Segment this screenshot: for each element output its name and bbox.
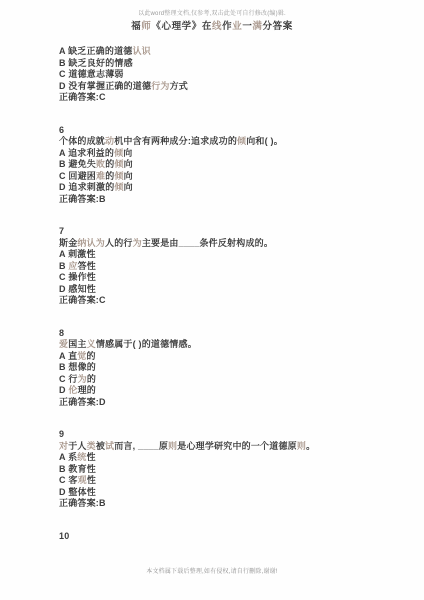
text-segment: A 刺激性 [59,249,96,259]
text-segment: C 操作性 [59,272,96,282]
question-number: 8 [59,328,414,340]
option-line: D 感知性 [59,284,414,296]
light-text-segment: 为 [78,374,87,384]
light-text-segment: 应 [68,261,77,271]
option-line: A 缺乏正确的道德认识 [59,46,414,58]
text-segment: 机中含有两种成分:追求成功的 [114,136,237,146]
question-block: 7斯金纳认为人的行为主要是由____条件反射构成的。A 刺激性B 应答性C 操作… [59,226,414,307]
question-number: 10 [59,531,414,543]
answer-line: 正确答案:D [59,397,414,409]
text-segment: 情感属于( )的道德情感。 [96,339,197,349]
option-line: C 道德意志薄弱 [59,69,414,81]
text-segment: 性 [87,475,96,485]
text-segment: A 缺乏正确的道德 [59,46,132,56]
document-page: 以此word整理文档,仅参考,双击此处可自行修改(编)辑. 福师《心理学》在线作… [0,0,424,600]
question-number: 9 [59,429,414,441]
text-segment: A 系 [59,452,77,462]
question-list: A 缺乏正确的道德认识B 缺乏良好的情感C 道德意志薄弱D 没有掌握正确的道德行… [59,46,414,563]
answer-line: 正确答案:C [59,92,414,104]
text-segment: B 教育性 [59,464,96,474]
option-line: C 操作性 [59,272,414,284]
question-text: 斯金纳认为人的行为主要是由____条件反射构成的。 [59,238,414,250]
text-segment: D 整体性 [59,487,96,497]
option-line: B 缺乏良好的情感 [59,58,414,70]
answer-line: 正确答案:B [59,498,414,510]
light-text-segment: 行为 [151,81,169,91]
text-segment: 向 [124,182,133,192]
text-segment: 的 [87,374,96,384]
text-segment: D 感知性 [59,284,96,294]
text-segment: 分答案 [263,21,293,32]
text-segment: 作 [222,21,232,32]
light-text-segment: 观 [78,475,87,485]
footer-note: 本文档属下载后整理,如有侵权,请自行删除,谢谢! [0,569,424,576]
option-line: A 直觉的 [59,351,414,363]
question-block: 8爱国主义情感属于( )的道德情感。A 直觉的B 想像的C 行为的D 伦理的正确… [59,328,414,409]
light-text-segment: 倾 [114,182,123,192]
text-segment: 向 [123,148,132,158]
light-text-segment: 倾 [114,148,123,158]
text-segment: 于人 [68,441,86,451]
doc-title: 福师《心理学》在线作业一满分答案 [0,21,424,33]
text-segment: 性 [86,452,95,462]
text-segment: 向 [124,171,133,181]
option-line: D 伦理的 [59,385,414,397]
text-segment: C 道德意志薄弱 [59,69,124,79]
question-block: 9对于人类被试而言, ____原则是心理学研究中的一个道德原则。A 系统性B 教… [59,429,414,510]
light-text-segment: 为 [133,238,142,248]
text-segment: 。 [306,441,315,451]
light-text-segment: 倾 [114,171,123,181]
question-text: 对于人类被试而言, ____原则是心理学研究中的一个道德原则。 [59,441,414,453]
light-text-segment: 对 [59,441,68,451]
option-line: A 追求利益的倾向 [59,148,414,160]
text-segment: C 回避困 [59,171,96,181]
light-text-segment: 倾 [237,136,246,146]
text-segment: 一 [242,21,252,32]
question-block: 6个体的成就动机中含有两种成分:追求成功的倾向和( )。A 追求利益的倾向B 避… [59,125,414,206]
light-text-segment: 则 [297,441,306,451]
text-segment: D [59,385,68,395]
text-segment: A 追求利益的 [59,148,114,158]
question-text: 爱国主义情感属于( )的道德情感。 [59,339,414,351]
light-text-segment: 类 [87,441,96,451]
text-segment: 国主 [68,339,86,349]
option-line: B 应答性 [59,261,414,273]
text-segment: D 追求刺激的 [59,182,114,192]
option-line: B 教育性 [59,464,414,476]
light-text-segment: 伦 [68,385,77,395]
option-line: D 追求刺激的倾向 [59,182,414,194]
text-segment: 向和( )。 [246,136,283,146]
light-text-segment: 纳认为 [77,238,105,248]
text-segment: B [59,261,68,271]
light-text-segment: 难 [96,171,105,181]
text-segment: 《心理学》在 [151,21,212,32]
text-segment: 而言, ____原 [114,441,168,451]
question-block: 10 [59,531,414,543]
text-segment: 个体的成就 [59,136,105,146]
text-segment: B 避免失 [59,159,96,169]
light-text-segment: 师 [141,21,151,32]
option-line: B 避免失败的倾向 [59,159,414,171]
text-segment: 福 [131,21,141,32]
question-number: 7 [59,226,414,238]
light-text-segment: 业 [232,21,242,32]
text-segment: 理的 [78,385,96,395]
text-segment: 是心理学研究中的一个道德原 [177,441,297,451]
light-text-segment: 倾 [114,159,123,169]
text-segment: 主要是由____条件反射构成的。 [142,238,273,248]
light-text-segment: 满 [252,21,262,32]
option-line: D 没有掌握正确的道德行为方式 [59,81,414,93]
text-segment: D 没有掌握正确的道德 [59,81,151,91]
text-segment: B 缺乏良好的情感 [59,58,133,68]
question-number: 6 [59,125,414,137]
text-segment: 向 [124,159,133,169]
text-segment: 答性 [78,261,96,271]
light-text-segment: 动 [105,136,114,146]
answer-line: 正确答案:B [59,194,414,206]
option-line: C 行为的 [59,374,414,386]
option-line: A 刺激性 [59,249,414,261]
text-segment: C 客 [59,475,78,485]
option-line: D 整体性 [59,487,414,499]
light-text-segment: 认识 [132,46,150,56]
text-segment: 人的行 [105,238,133,248]
text-segment: A 直 [59,351,77,361]
question-block: A 缺乏正确的道德认识B 缺乏良好的情感C 道德意志薄弱D 没有掌握正确的道德行… [59,46,414,104]
question-text: 个体的成就动机中含有两种成分:追求成功的倾向和( )。 [59,136,414,148]
option-line: C 客观性 [59,475,414,487]
light-text-segment: 线 [212,21,222,32]
text-segment: 斯金 [59,238,77,248]
text-segment: 的 [86,351,95,361]
option-line: C 回避困难的倾向 [59,171,414,183]
light-text-segment: 爱 [59,339,68,349]
header-note: 以此word整理文档,仅参考,双击此处可自行修改(编)辑. [0,11,424,18]
option-line: A 系统性 [59,452,414,464]
light-text-segment: 则 [168,441,177,451]
light-text-segment: 义 [87,339,96,349]
text-segment: B 想像的 [59,362,96,372]
text-segment: C 行 [59,374,78,384]
option-line: B 想像的 [59,362,414,374]
text-segment: 被 [96,441,105,451]
text-segment: 方式 [170,81,188,91]
light-text-segment: 试 [105,441,114,451]
light-text-segment: 败 [96,159,105,169]
answer-line: 正确答案:C [59,295,414,307]
